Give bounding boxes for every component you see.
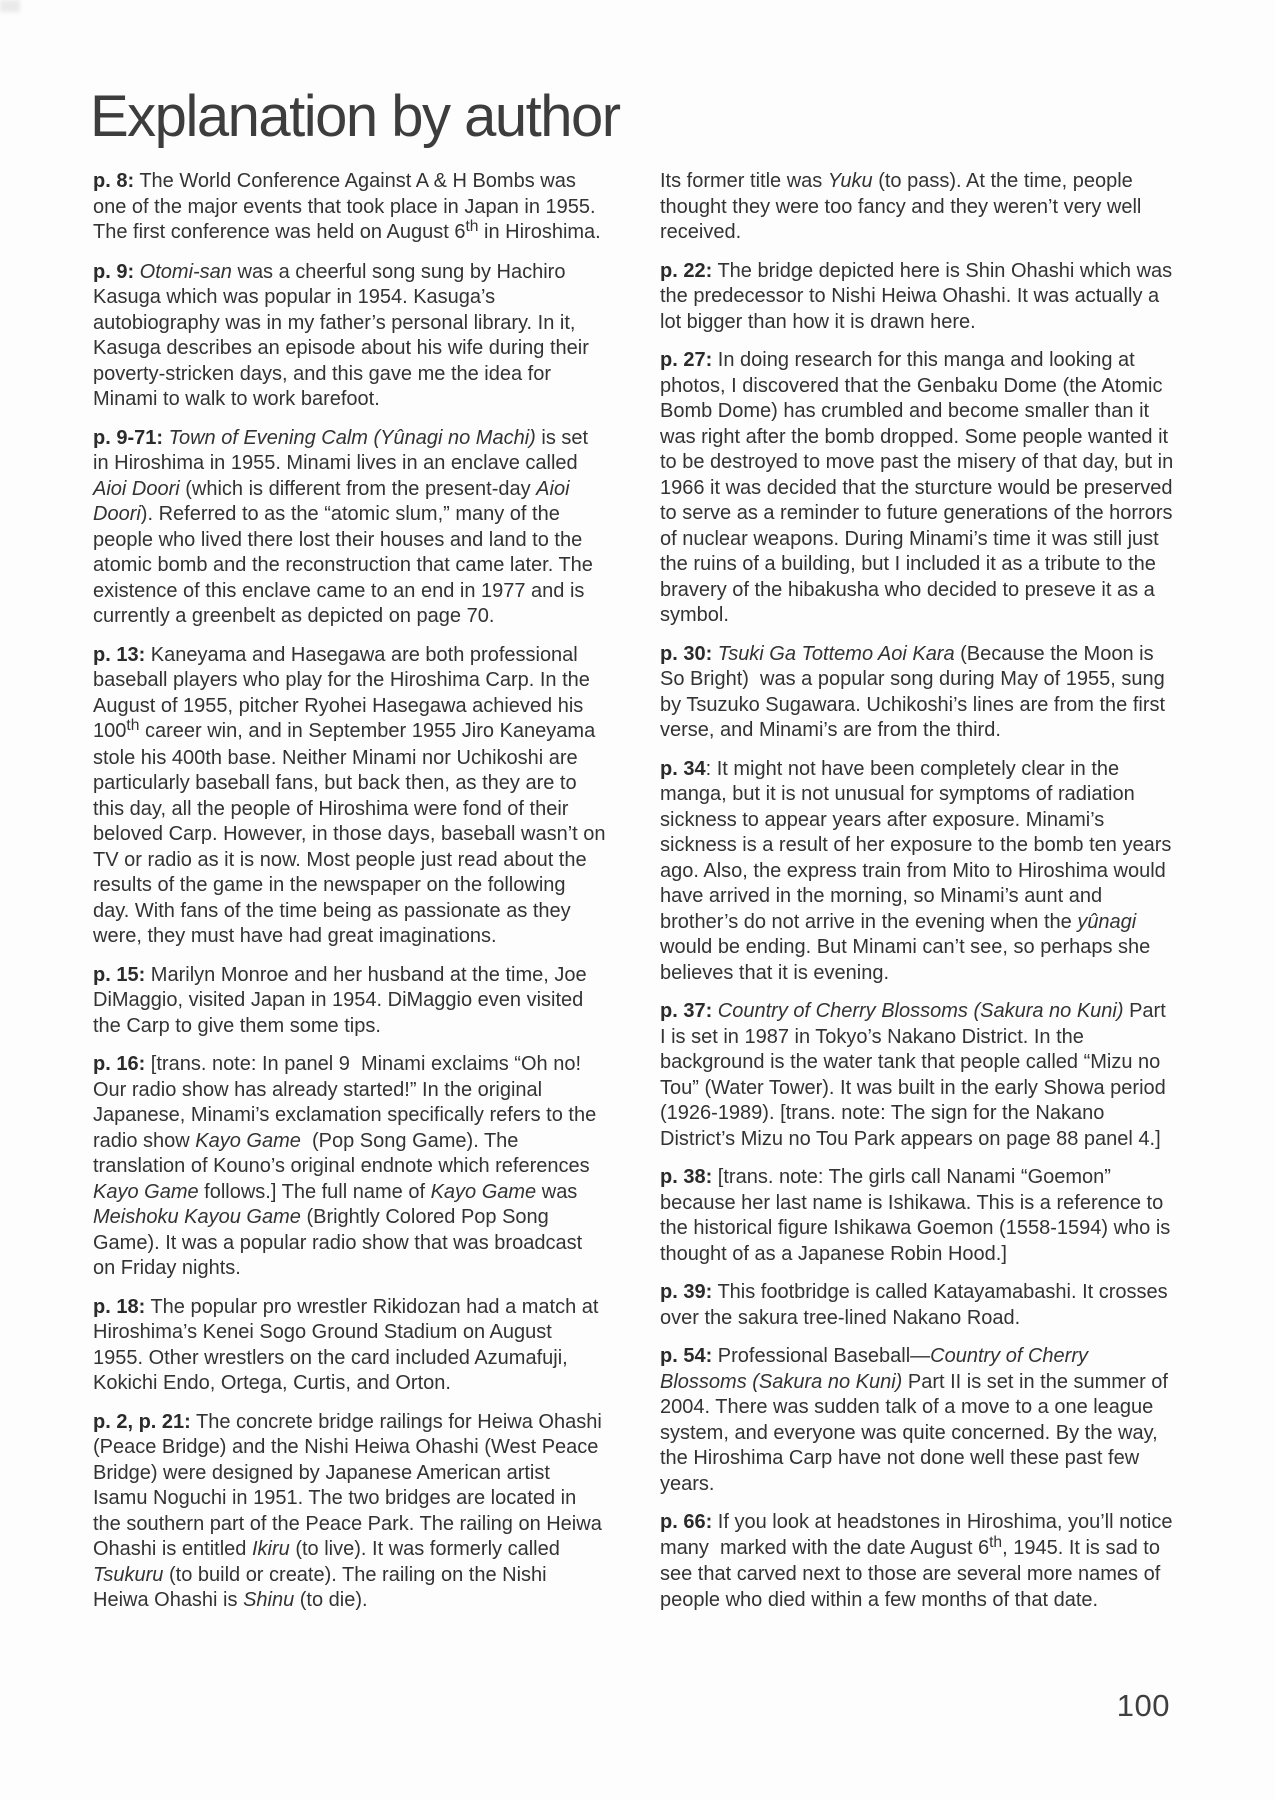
- note-text-segment: The bridge depicted here is Shin Ohashi …: [660, 260, 1178, 333]
- note-text-segment: Country of Cherry Blossoms (Sakura no Ku…: [712, 1000, 1123, 1022]
- note-page-label: p. 16:: [93, 1053, 145, 1075]
- note-text-segment: Kayo Game: [195, 1130, 301, 1152]
- note-text-segment: Kayo Game: [431, 1181, 537, 1203]
- note-page-label: p. 18:: [93, 1296, 145, 1318]
- note-text-segment: Part I is set in 1987 in Tokyo’s Nakano …: [660, 1000, 1171, 1150]
- note-text-segment: career win, and in September 1955 Jiro K…: [93, 720, 611, 947]
- note-text-segment: yûnagi: [1077, 911, 1136, 933]
- note-page-label: p. 9-71:: [93, 427, 163, 449]
- notes-column-left: p. 8: The World Conference Against A & H…: [93, 169, 607, 1614]
- note-page-label: p. 27:: [660, 349, 712, 371]
- note-page-label: p. 38:: [660, 1166, 712, 1188]
- note-page-label: p. 37:: [660, 1000, 712, 1022]
- note-page-label: p. 30:: [660, 643, 712, 665]
- book-page: Explanation by author p. 8: The World Co…: [0, 0, 1275, 1800]
- note-text-segment: Aioi Doori: [93, 478, 180, 500]
- note-page-label: p. 8:: [93, 170, 134, 192]
- note-text-segment: : It might not have been completely clea…: [660, 758, 1177, 933]
- note-page-label: p. 34: [660, 758, 706, 780]
- note-page-label: p. 9:: [93, 261, 134, 283]
- note-text-segment: (which is different from the present-day: [180, 478, 536, 500]
- note-paragraph: p. 9-71: Town of Evening Calm (Yûnagi no…: [93, 426, 607, 630]
- note-text-segment: Tsukuru: [93, 1564, 163, 1586]
- note-text-segment: Town of Evening Calm (Yûnagi no Machi): [163, 427, 536, 449]
- note-text-segment: Otomi-san: [134, 261, 232, 283]
- note-text-segment: Tsuki Ga Tottemo Aoi Kara: [712, 643, 954, 665]
- note-text-segment: was: [536, 1181, 583, 1203]
- note-paragraph: p. 18: The popular pro wrestler Rikidoza…: [93, 1295, 607, 1397]
- note-page-label: p. 2, p. 21:: [93, 1411, 191, 1433]
- note-text-segment: ). Referred to as the “atomic slum,” man…: [93, 503, 598, 627]
- note-paragraph: p. 22: The bridge depicted here is Shin …: [660, 259, 1174, 336]
- note-paragraph: p. 38: [trans. note: The girls call Nana…: [660, 1165, 1174, 1267]
- page-title: Explanation by author: [90, 88, 620, 146]
- note-paragraph: p. 2, p. 21: The concrete bridge railing…: [93, 1410, 607, 1614]
- note-text-segment: Marilyn Monroe and her husband at the ti…: [93, 964, 592, 1037]
- notes-column-right: Its former title was Yuku (to pass). At …: [660, 169, 1174, 1613]
- note-text-segment: (to die).: [294, 1589, 367, 1611]
- note-paragraph: p. 13: Kaneyama and Hasegawa are both pr…: [93, 643, 607, 950]
- note-text-segment: Shinu: [243, 1589, 294, 1611]
- note-page-label: p. 54:: [660, 1345, 712, 1367]
- note-paragraph: p. 27: In doing research for this manga …: [660, 348, 1174, 629]
- note-paragraph: p. 15: Marilyn Monroe and her husband at…: [93, 963, 607, 1040]
- note-text-segment: Professional Baseball—: [712, 1345, 930, 1367]
- note-text-segment: Meishoku Kayou Game: [93, 1206, 301, 1228]
- note-paragraph: p. 9: Otomi-san was a cheerful song sung…: [93, 260, 607, 413]
- note-text-segment: th: [465, 218, 478, 235]
- note-text-segment: th: [126, 717, 139, 734]
- note-text-segment: This footbridge is called Katayamabashi.…: [660, 1281, 1173, 1329]
- note-paragraph: p. 54: Professional Baseball—Country of …: [660, 1344, 1174, 1497]
- note-page-label: p. 15:: [93, 964, 145, 986]
- note-text-segment: Its former title was: [660, 170, 828, 192]
- note-text-segment: The popular pro wrestler Rikidozan had a…: [93, 1296, 604, 1395]
- note-text-segment: (to live). It was formerly called: [290, 1538, 566, 1560]
- note-paragraph: p. 39: This footbridge is called Katayam…: [660, 1280, 1174, 1331]
- note-paragraph: p. 37: Country of Cherry Blossoms (Sakur…: [660, 999, 1174, 1152]
- note-page-label: p. 13:: [93, 644, 145, 666]
- note-page-label: p. 39:: [660, 1281, 712, 1303]
- note-text-segment: Kayo Game: [93, 1181, 199, 1203]
- note-paragraph: Its former title was Yuku (to pass). At …: [660, 169, 1174, 246]
- note-text-segment: In doing research for this manga and loo…: [660, 349, 1179, 626]
- note-paragraph: p. 66: If you look at headstones in Hiro…: [660, 1510, 1174, 1613]
- note-paragraph: p. 30: Tsuki Ga Tottemo Aoi Kara (Becaus…: [660, 642, 1174, 744]
- note-text-segment: th: [989, 1534, 1002, 1551]
- scan-artifact: [0, 0, 20, 12]
- note-text-segment: in Hiroshima.: [478, 221, 600, 243]
- note-paragraph: p. 16: [trans. note: In panel 9 Minami e…: [93, 1052, 607, 1282]
- page-number: 100: [1060, 1688, 1170, 1724]
- note-text-segment: Ikiru: [252, 1538, 290, 1560]
- note-page-label: p. 66:: [660, 1511, 712, 1533]
- note-text-segment: follows.] The full name of: [199, 1181, 431, 1203]
- note-text-segment: Yuku: [828, 170, 873, 192]
- note-page-label: p. 22:: [660, 260, 712, 282]
- note-paragraph: p. 34: It might not have been completely…: [660, 757, 1174, 987]
- note-paragraph: p. 8: The World Conference Against A & H…: [93, 169, 607, 247]
- note-text-segment: [trans. note: The girls call Nanami “Goe…: [660, 1166, 1176, 1265]
